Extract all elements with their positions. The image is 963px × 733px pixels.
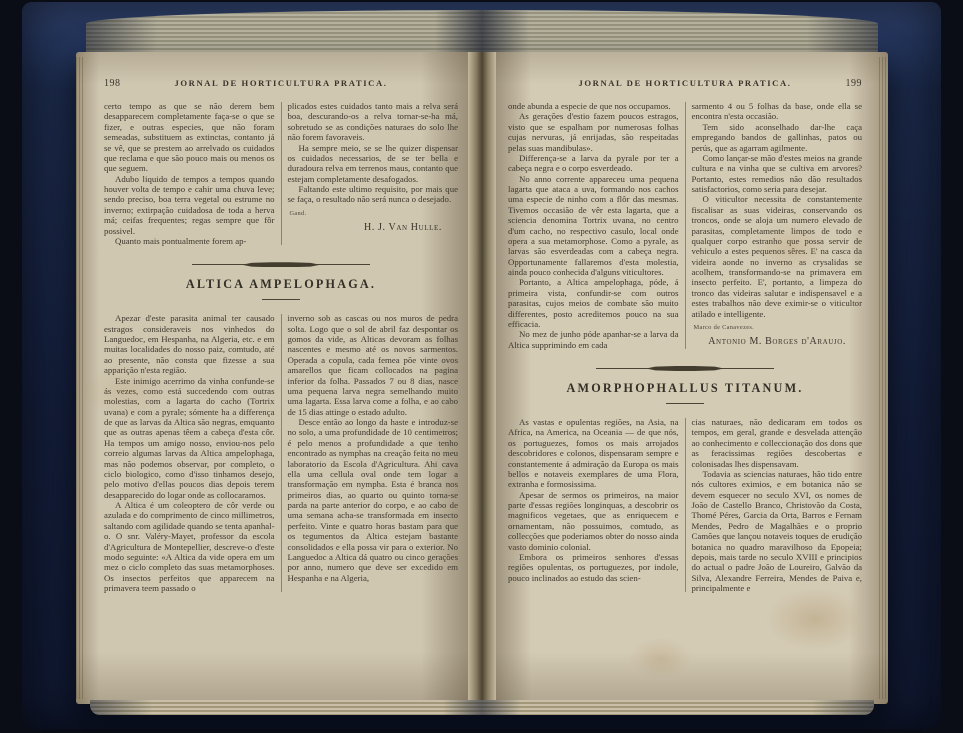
body-paragraph: Como lançar-se mão d'estes meios na gran… xyxy=(692,153,863,195)
body-paragraph: A Altica é um coleoptero de côr verde ou… xyxy=(104,500,275,593)
body-paragraph: Todavia as sciencias naturaes, hão tido … xyxy=(692,469,863,594)
body-paragraph: Embora os primeiros senhores d'essas reg… xyxy=(508,552,679,583)
body-paragraph: Quanto mais pontualmente forem ap- xyxy=(104,236,275,246)
divider-ornament xyxy=(242,262,320,267)
column-1: As vastas e opulentas regiões, na Asia, … xyxy=(508,417,679,593)
page-right-content: JORNAL DE HORTICULTURA PRATICA. 199 onde… xyxy=(496,52,888,704)
column-1: onde abunda a especie de que nos occupam… xyxy=(508,101,679,350)
byline-place: Gand. xyxy=(290,210,459,217)
body-paragraph: As gerações d'estio fazem poucos estrago… xyxy=(508,111,679,153)
body-paragraph: Apezar d'este parasita animal ter causad… xyxy=(104,313,275,375)
body-paragraph: Portanto, a Altica ampelophaga, póde, á … xyxy=(508,277,679,329)
body-paragraph: Tem sido aconselhado dar-lhe caça empreg… xyxy=(692,122,863,153)
body-paragraph: inverno sob as cascas ou nos muros de pe… xyxy=(288,313,459,417)
column-1: Apezar d'este parasita animal ter causad… xyxy=(104,313,275,593)
article-altica-body: Apezar d'este parasita animal ter causad… xyxy=(104,313,458,593)
column-rule xyxy=(281,102,282,245)
article-title-amorphophallus: AMORPHOPHALLUS TITANUM. xyxy=(508,381,862,396)
body-paragraph: Adubo liquido de tempos a tempos quando … xyxy=(104,174,275,236)
article-byline: Marco de Canavezes. Antonio M. Borges d'… xyxy=(692,324,863,347)
body-paragraph: As vastas e opulentas regiões, na Asia, … xyxy=(508,417,679,490)
page-left-header: 198 JORNAL DE HORTICULTURA PRATICA. xyxy=(104,78,458,89)
section-divider xyxy=(508,366,862,371)
body-paragraph: sarmento 4 ou 5 folhas da base, onde ell… xyxy=(692,101,863,122)
page-number: 198 xyxy=(104,78,138,89)
page-number: 199 xyxy=(828,78,862,89)
page-right: JORNAL DE HORTICULTURA PRATICA. 199 onde… xyxy=(496,52,888,704)
body-paragraph: No anno corrente appareceu uma pequena l… xyxy=(508,174,679,278)
body-paragraph: plicados estes cuidados tanto mais a rel… xyxy=(288,101,459,143)
page-left-content: 198 JORNAL DE HORTICULTURA PRATICA. cert… xyxy=(76,52,468,704)
body-paragraph: Ha sempre meio, se se lhe quizer dispens… xyxy=(288,143,459,185)
book-gutter xyxy=(468,52,496,704)
column-2: cias naturaes, não dedicaram em todos os… xyxy=(692,417,863,593)
body-paragraph: Este inimigo acerrimo da vinha confunde-… xyxy=(104,376,275,501)
body-paragraph: No mez de junho póde apanhar-se a larva … xyxy=(508,329,679,350)
article-relva-continuation: certo tempo as que se não derem bem desa… xyxy=(104,101,458,246)
column-rule xyxy=(281,314,282,592)
body-paragraph: certo tempo as que se não derem bem desa… xyxy=(104,101,275,174)
open-book-spread: 198 JORNAL DE HORTICULTURA PRATICA. cert… xyxy=(76,52,888,704)
title-rule xyxy=(262,299,300,300)
book-photo-scene: 198 JORNAL DE HORTICULTURA PRATICA. cert… xyxy=(0,0,963,733)
running-title: JORNAL DE HORTICULTURA PRATICA. xyxy=(542,78,828,88)
column-2: sarmento 4 ou 5 folhas da base, onde ell… xyxy=(692,101,863,350)
body-paragraph: Faltando este ultimo requisito, por mais… xyxy=(288,184,459,205)
running-title: JORNAL DE HORTICULTURA PRATICA. xyxy=(138,78,424,88)
byline-place: Marco de Canavezes. xyxy=(694,324,863,331)
body-paragraph: O viticultor necessita de constantemente… xyxy=(692,194,863,319)
divider-line xyxy=(192,264,250,265)
body-paragraph: onde abunda a especie de que nos occupam… xyxy=(508,101,679,111)
body-paragraph: Desce então ao longo da haste e introduz… xyxy=(288,417,459,583)
column-rule xyxy=(685,102,686,349)
divider-line xyxy=(596,368,654,369)
page-left: 198 JORNAL DE HORTICULTURA PRATICA. cert… xyxy=(76,52,468,704)
article-title-altica: ALTICA AMPELOPHAGA. xyxy=(104,277,458,292)
column-2: inverno sob as cascas ou nos muros de pe… xyxy=(288,313,459,593)
body-paragraph: cias naturaes, não dedicaram em todos os… xyxy=(692,417,863,469)
article-byline: Gand. H. J. Van Hulle. xyxy=(288,210,459,233)
body-paragraph: Differença-se a larva da pyrale por ter … xyxy=(508,153,679,174)
divider-ornament xyxy=(646,366,724,371)
article-amorphophallus-body: As vastas e opulentas regiões, na Asia, … xyxy=(508,417,862,593)
byline-signature: Antonio M. Borges d'Araujo. xyxy=(692,336,863,347)
title-rule xyxy=(666,403,704,404)
byline-signature: H. J. Van Hulle. xyxy=(288,222,459,233)
body-paragraph: Apesar de sermos os primeiros, na maior … xyxy=(508,490,679,552)
section-divider xyxy=(104,262,458,267)
column-rule xyxy=(685,418,686,592)
column-2: plicados estes cuidados tanto mais a rel… xyxy=(288,101,459,246)
column-1: certo tempo as que se não derem bem desa… xyxy=(104,101,275,246)
divider-line xyxy=(312,264,370,265)
divider-line xyxy=(716,368,774,369)
bottom-page-edges xyxy=(90,700,874,715)
article-altica-continuation: onde abunda a especie de que nos occupam… xyxy=(508,101,862,350)
page-right-header: JORNAL DE HORTICULTURA PRATICA. 199 xyxy=(508,78,862,89)
